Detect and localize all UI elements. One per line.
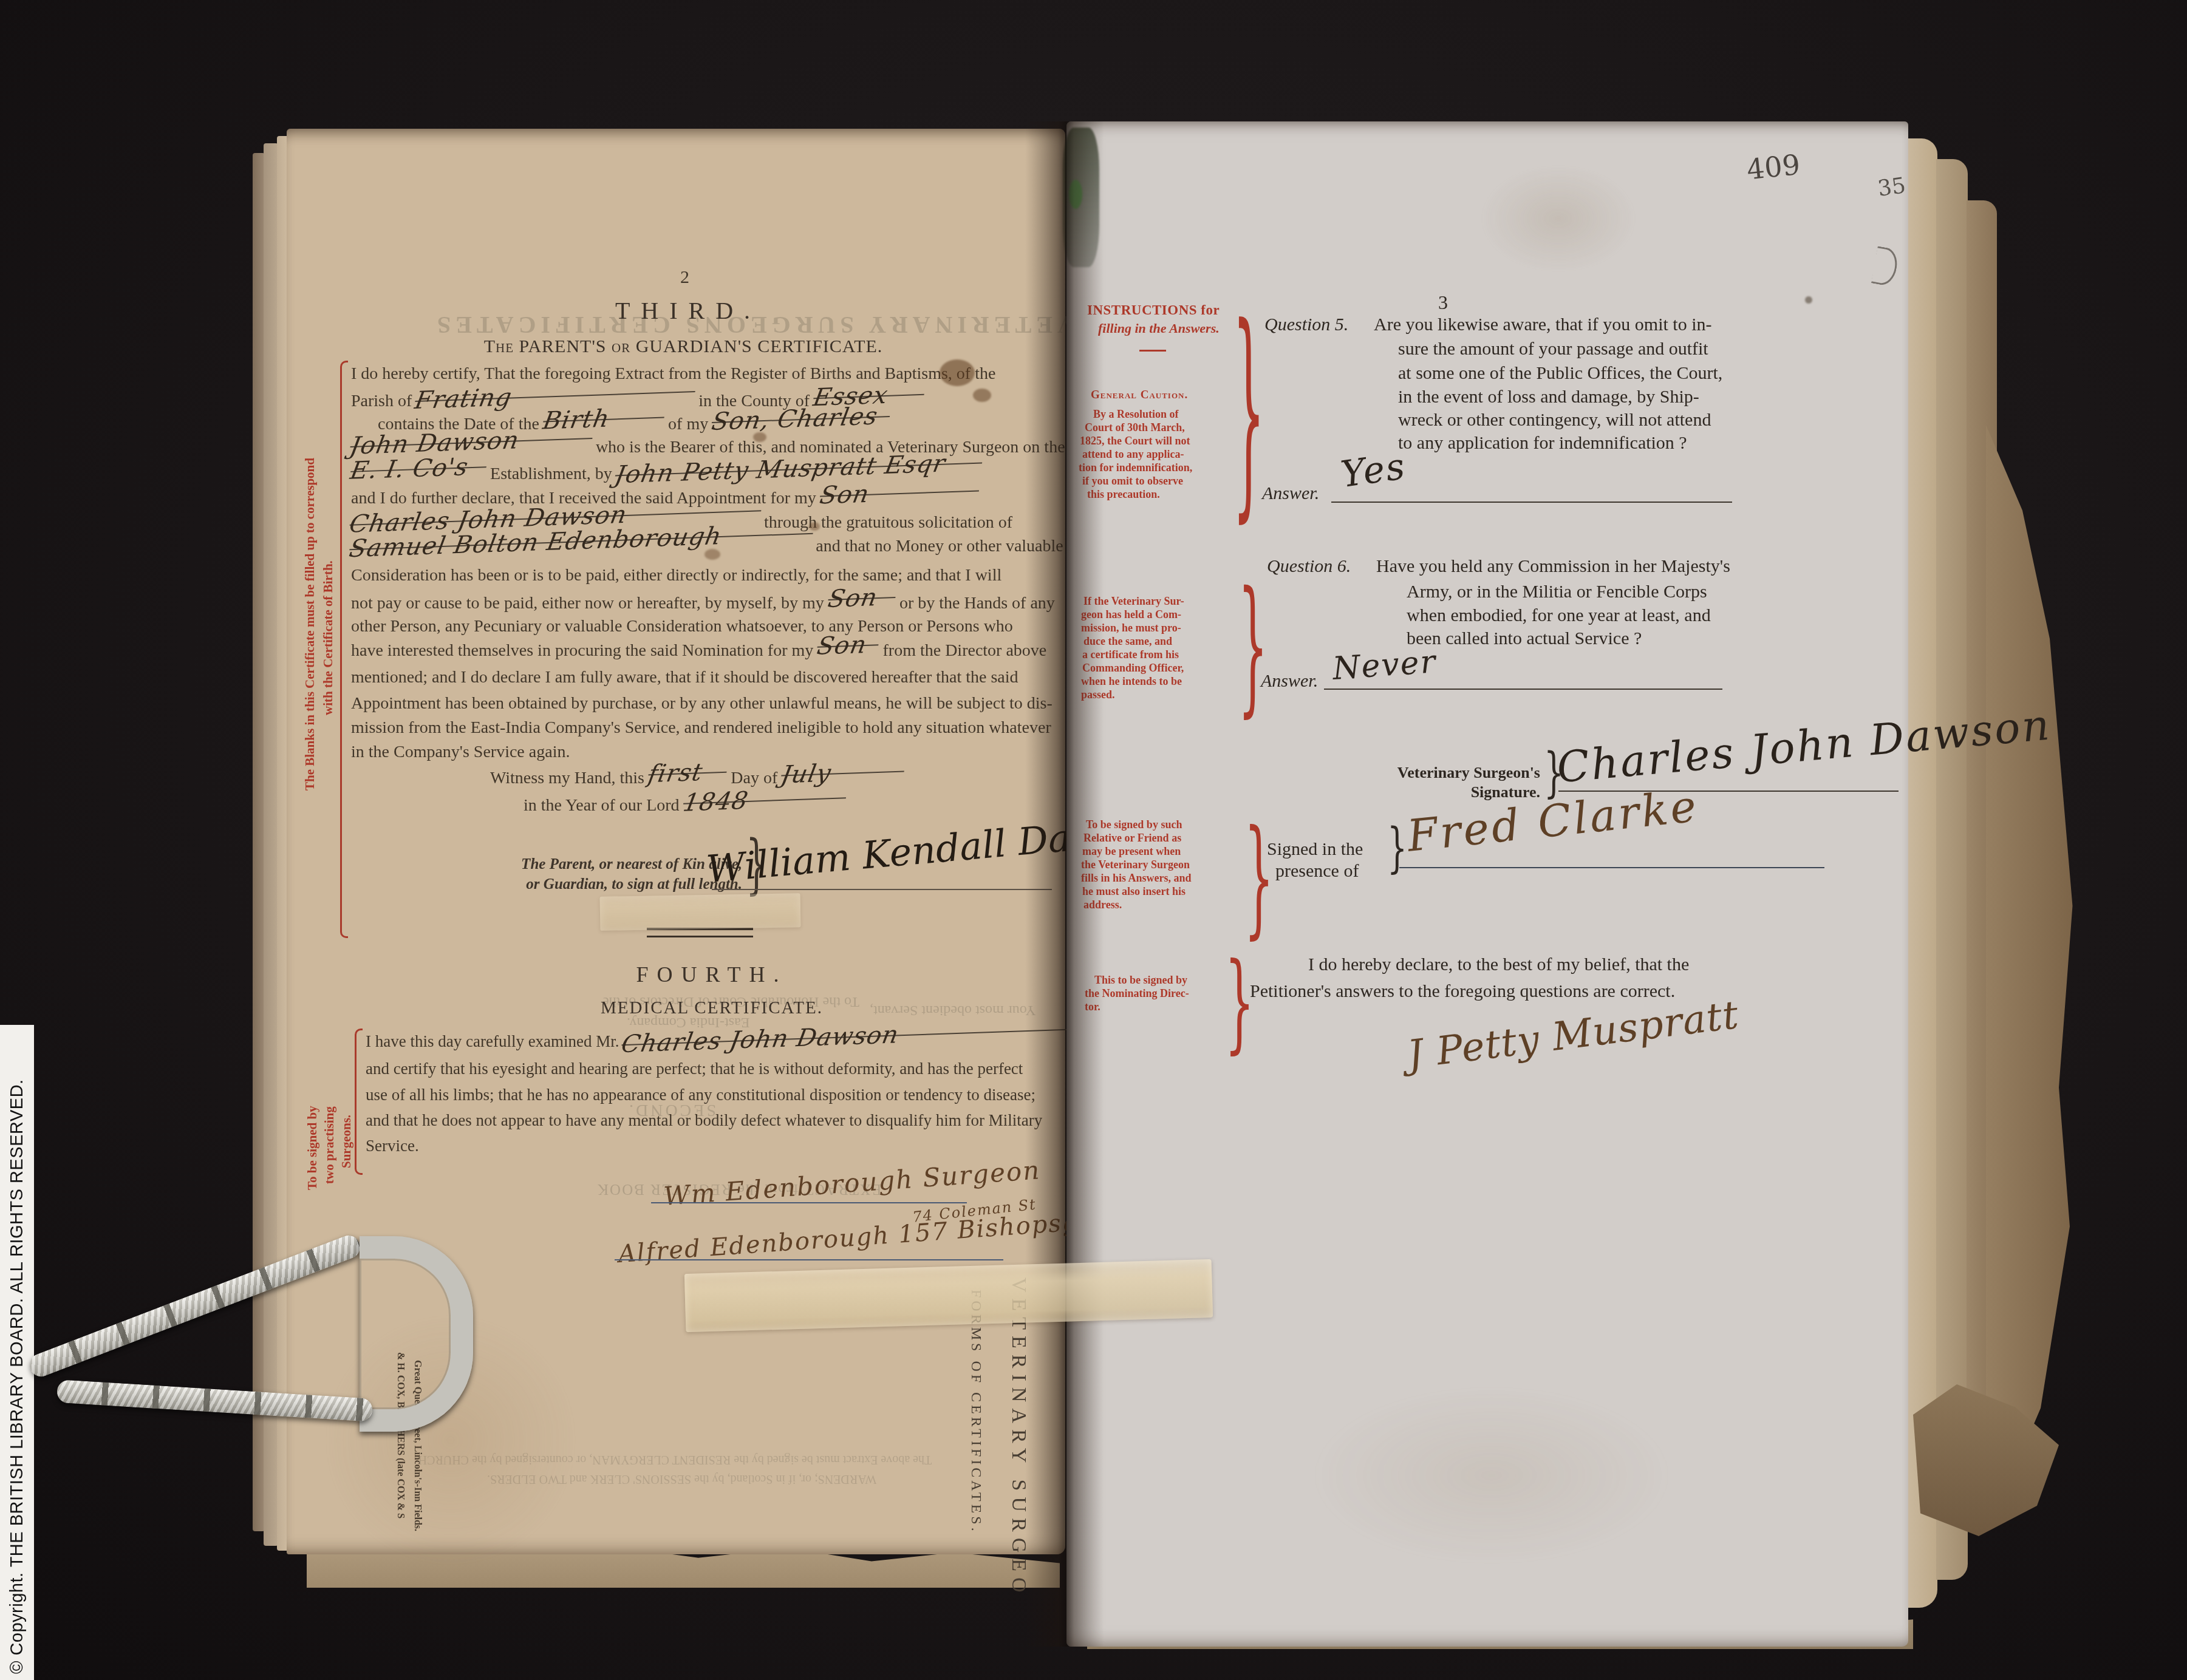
signed-presence-label-1: Signed in the [1267,839,1363,860]
medical-line-4: and that he does not appear to have any … [366,1111,1042,1130]
parent-note-1: The Parent, or nearest of Kin alive, [487,856,742,873]
director-signature: J Petty Muspratt [1405,993,1742,1078]
answer5-rule [1331,502,1732,503]
tape-strip-small [600,893,801,931]
gutter-shadow [1025,121,1104,1647]
cert-line-15: mission from the East-India Company's Se… [351,718,1051,738]
answer6-rule [1324,689,1722,690]
instructions-dash [1139,350,1166,352]
instructions-line2: filling in the Answers. [1098,321,1220,336]
hw-county: Essex [813,394,924,399]
answer6-handwriting: Never [1331,644,1438,687]
left-page-number: 2 [680,267,689,288]
witness-signature-rule [1399,867,1824,868]
medical-line-5: Service. [366,1137,419,1155]
vs-signature-label-1: Veterinary Surgeon's [1370,764,1540,782]
declaration-line-1: I do hereby declare, to the best of my b… [1308,954,1689,975]
witness-line: Witness my Hand, this first Day of July [490,769,904,788]
hw-son-1: Son [820,490,979,497]
hw-son-3: Son [817,644,879,647]
fourth-heading: FOURTH. [530,962,894,987]
declaration-line-2: Petitioner's answers to the foregoing qu… [1250,981,1675,1002]
cert-line-10: not pay or cause to be paid, either now … [351,594,1055,613]
ink-blotch-3 [753,432,766,442]
cert-line-5: E. I. Co's Establishment, by John Petty … [351,464,980,484]
question5-line-3: at some one of the Public Offices, the C… [1398,363,1722,384]
question5-line-4: in the event of loss and damage, by Ship… [1398,387,1699,407]
cord-upper-strand [26,1232,363,1379]
cert-line-16: in the Company's Service again. [351,743,570,762]
right-page-number: 3 [1438,291,1448,314]
margin-note-blanks-line2: with the Certificate of Birth. [321,560,336,715]
signed-presence-label-2: presence of [1275,861,1359,882]
stain-top-streak [1479,164,1637,273]
question6-line-2: Army, or in the Militia or Fencible Corp… [1407,582,1707,602]
third-heading: THIRD. [506,296,870,325]
pencil-edge-35: 35 [1876,173,1907,202]
cert-line-6: and I do further declare, that I receive… [351,489,978,508]
director-brace: } [1225,948,1255,1055]
fore-edge-torn-flap [1986,425,2077,1494]
cert-line-14: Appointment has been obtained by purchas… [351,694,1053,713]
q6-brace: } [1238,572,1268,719]
question6-line-4: been called into actual Service ? [1407,628,1642,649]
director-margin-1: This to be signed by [1094,974,1187,987]
bleed-servant: Your most obedient Servant, [870,1002,1036,1018]
ink-blotch-5 [705,549,720,560]
hw-1848: 1848 [683,797,846,804]
cord-loop-end [360,1236,473,1432]
instructions-line1: INSTRUCTIONS for [1087,302,1220,318]
pencil-folio-409: 409 [1745,148,1801,186]
stain-dot [1805,296,1812,304]
medical-line-1: I have this day carefully examined Mr. C… [366,1032,1080,1051]
right-page-content: 409 3 INSTRUCTIONS for filling in the An… [1066,121,1908,1647]
medical-cert-heading: MEDICAL CERTIFICATE. [530,998,894,1018]
hw-edenborough: Samuel Bolton Edenborough [349,533,813,550]
surgeon-sig-rule-2 [615,1259,1003,1260]
ink-blotch-1 [940,359,975,386]
medical-line-2: and certify that his eyesight and hearin… [366,1059,1023,1078]
question6-label: Question 6. [1267,556,1351,577]
hw-eico: E. I. Co's [350,466,486,472]
hw-son-charles: Son, Charles [712,416,890,423]
ink-blotch-2 [973,389,991,402]
ink-blotch-4 [809,522,820,531]
medical-line-3: use of all his limbs; that he has no app… [366,1086,1035,1104]
third-subheading: The PARENT'S or GUARDIAN'S CERTIFICATE. [471,336,896,357]
fore-edge-strip-2 [1936,159,1968,1580]
hw-birth: Birth [543,417,664,423]
question5-line-6: to any application for indemnification ? [1398,433,1687,454]
question5-line-2: sure the amount of your passage and outf… [1398,339,1708,359]
caution-line-1: By a Resolution of [1093,408,1179,421]
answer5-label: Answer. [1262,483,1319,504]
margin-surgeons-2: two practising [322,1106,337,1184]
book-cord [18,1220,480,1427]
year-line: in the Year of our Lord 1848 [524,796,845,815]
cert-line-12: have interested themselves in procuring … [351,641,1046,661]
spine-forms-text: FORMS OF CERTIFICATES. [967,1290,984,1534]
witness-brace: } [1244,814,1274,940]
question5-line-1: Are you likewise aware, that if you omit… [1374,315,1712,335]
question6-line-3: when embodied, for one year at least, an… [1407,605,1711,626]
hw-first: first [648,772,727,775]
red-bracket-certificate [340,361,348,938]
answer5-handwriting: Yes [1339,445,1408,496]
hw-muspratt: John Petty Muspratt Esqr [615,463,982,477]
caution-heading: General Caution. [1091,389,1188,402]
hw-john-dawson: John Dawson [350,438,592,447]
scanned-book-photo: © Copyright. THE BRITISH LIBRARY BOARD. … [0,0,2187,1680]
cert-line-11: other Person, any Pecuniary or valuable … [351,617,1013,636]
cert-line-9: Consideration has been or is to be paid,… [351,566,1001,585]
cord-lower-strand [56,1379,373,1422]
surgeon-sig-rule-1 [651,1202,967,1203]
hw-parish: Frating [415,391,695,402]
hw-son-2: Son [828,597,895,600]
question5-label: Question 5. [1264,315,1348,335]
margin-surgeons-3: Surgeons. [339,1115,354,1168]
parent-note-2: or Guardian, to sign at full length. [487,876,742,893]
parent-signature-rule [712,889,1052,890]
hw-examined-name: Charles John Dawson [622,1029,1082,1046]
margin-surgeons-1: To be signed by [305,1106,320,1190]
cert-line-1: I do hereby certify, That the foregoing … [351,364,995,384]
question6-line-1: Have you held any Commission in her Maje… [1376,556,1730,577]
cert-line-13: mentioned; and I do declare I am fully a… [351,668,1018,687]
margin-note-blanks-line1: The Blanks in this Certificate must be f… [302,458,318,791]
caution-brace: } [1232,300,1264,526]
fore-edge-strip-1 [1905,138,1937,1608]
hw-july: July [781,770,904,776]
question5-line-5: wreck or other contingency, will not att… [1398,410,1711,430]
stain-bottom [1309,1384,1674,1566]
answer6-label: Answer. [1261,671,1318,692]
red-bracket-medical [355,1029,363,1175]
